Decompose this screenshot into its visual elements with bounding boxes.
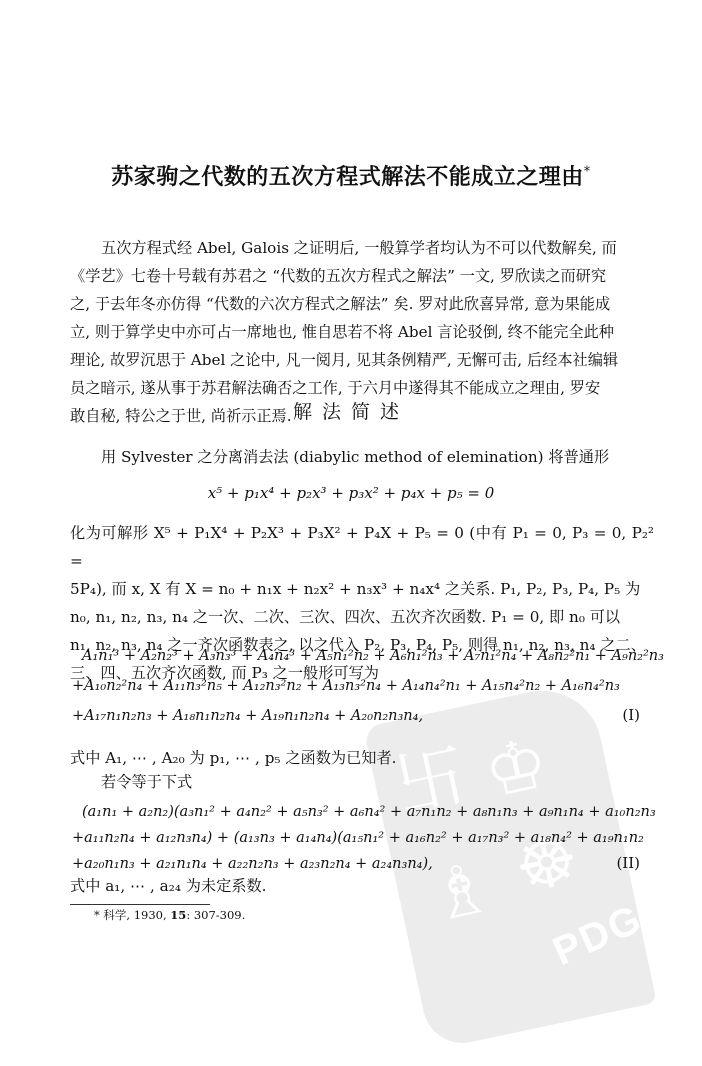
intro-line: 之, 于去年冬亦仿得 “代数的六次方程式之解法” 矣. 罗对此欣喜异常, 意为果… (70, 290, 654, 318)
equation-I-tag: (I) (622, 706, 640, 724)
footnote-volume: 15 (170, 908, 186, 922)
footnote-source: 科学, 1930, (103, 908, 170, 922)
equation-II-tag: (II) (616, 854, 640, 872)
footnote-marker: * (94, 908, 100, 922)
equation-II-line: +a₁₁n₂n₄ + a₁₂n₃n₄) + (a₁₃n₃ + a₁₄n₄)(a₁… (72, 830, 632, 846)
document-page: 苏家驹之代数的五次方程式解法不能成立之理由* 五次方程式经 Abel, Galo… (0, 0, 702, 1066)
reduction-line: 化为可解形 X⁵ + P₁X⁴ + P₂X³ + P₃X² + P₄X + P₅… (70, 519, 654, 575)
intro-line: 立, 则于算学史中亦可占一席地也, 惟自思若不将 Abel 言论驳倒, 终不能完… (70, 318, 654, 346)
reduction-line: n₀, n₁, n₂, n₃, n₄ 之一次、二次、三次、四次、五次齐次函数. … (70, 603, 654, 631)
method-intro: 用 Sylvester 之分离消去法 (diabylic method of e… (70, 443, 654, 471)
footnote-pages: : 307-309. (186, 908, 245, 922)
page-title: 苏家驹之代数的五次方程式解法不能成立之理由* (0, 160, 702, 191)
equation-II-line: +a₂₀n₁n₃ + a₂₁n₁n₄ + a₂₂n₂n₃ + a₂₃n₂n₄ +… (72, 856, 632, 872)
let-equal-text: 若令等于下式 (70, 768, 654, 796)
equation-II-line: (a₁n₁ + a₂n₂)(a₃n₁² + a₄n₂² + a₅n₃² + a₆… (82, 804, 642, 820)
equation-I-line: A₁n₁³ + A₂n₂³ + A₃n₃³ + A₄n₄³ + A₅n₁²n₂ … (82, 648, 642, 664)
equation-I-line: +A₁₀n₂²n₄ + A₁₁n₃²n₅ + A₁₂n₃²n₂ + A₁₃n₃²… (72, 678, 632, 694)
intro-line: 理论, 故罗沉思于 Abel 之论中, 凡一阅月, 见其条例精严, 无懈可击, … (70, 346, 654, 374)
after-equation-II: 式中 a₁, ⋯ , a₂₄ 为未定系数. (70, 872, 654, 900)
footnote: * 科学, 1930, 15: 307-309. (94, 907, 245, 923)
footnote-divider (70, 904, 210, 905)
equation-I-line: +A₁₇n₁n₂n₃ + A₁₈n₁n₂n₄ + A₁₉n₁n₂n₄ + A₂₀… (72, 708, 632, 724)
intro-line: 《学艺》七卷十号载有苏君之 “代数的五次方程式之解法” 一文, 罗欣读之而研究 (70, 262, 654, 290)
reduction-line: 5P₄), 而 x, X 有 X = n₀ + n₁x + n₂x² + n₃x… (70, 575, 654, 603)
title-footnote-marker: * (584, 165, 591, 180)
general-equation: x⁵ + p₁x⁴ + p₂x³ + p₃x² + p₄x + p₅ = 0 (0, 484, 702, 502)
intro-line: 五次方程式经 Abel, Galois 之证明后, 一般算学者均认为不可以代数解… (70, 234, 654, 262)
section-heading: 解法简述 (0, 397, 702, 424)
title-text: 苏家驹之代数的五次方程式解法不能成立之理由 (111, 165, 584, 190)
